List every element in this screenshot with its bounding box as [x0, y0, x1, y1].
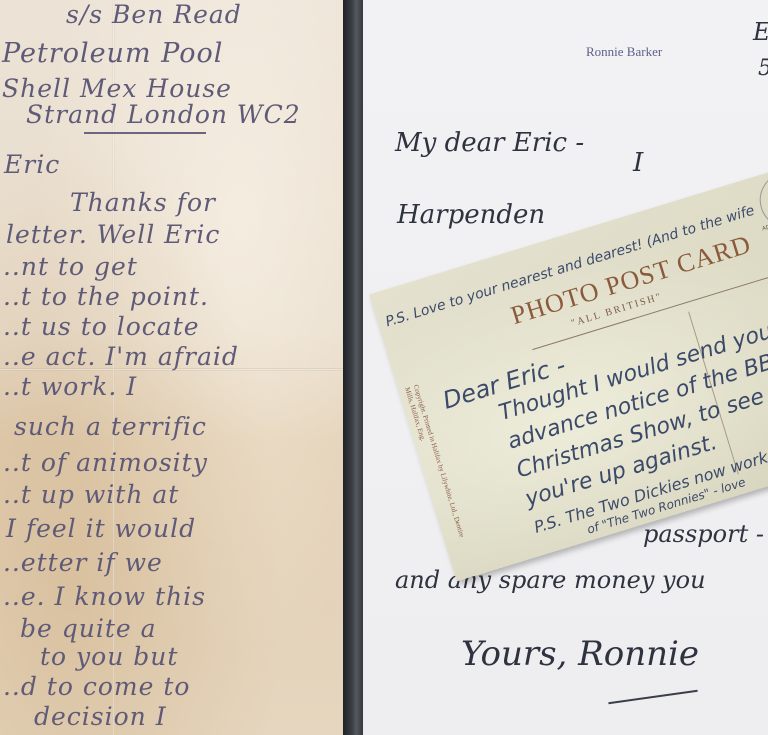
address-label: ADDRESS [761, 218, 768, 232]
old-letter-line: Shell Mex House [2, 74, 232, 103]
old-letter-line: ...t of animosity [0, 448, 208, 477]
old-letter-line: Thanks for [70, 188, 216, 217]
old-letter-line: s/s Ben Read [66, 0, 242, 29]
old-letter-line: Strand London WC2 [26, 100, 301, 129]
salutation: My dear Eric - [395, 128, 584, 158]
old-letter-line: such a terrific [14, 412, 207, 441]
letter-line: passport - [643, 520, 764, 548]
letterhead: Ronnie Barker [586, 44, 662, 60]
old-letter-line: ...d to come to [0, 672, 190, 701]
corner-text: EE [753, 18, 768, 46]
old-letter-line: to you but [40, 642, 178, 671]
old-letter-line: be quite a [20, 614, 157, 643]
old-letter-line: ...nt to get [0, 252, 138, 281]
signature: Yours, Ronnie [461, 634, 699, 674]
old-letter-line: Eric [4, 150, 60, 179]
old-letter-line: ...t up with at [0, 480, 179, 509]
old-letter-line: decision I [34, 702, 167, 731]
old-letter-line: ...t work. I [0, 372, 137, 401]
old-letter-line: ...e. I know this [0, 582, 206, 611]
corner-text: 5 [758, 56, 768, 81]
letter-line: Harpenden [397, 200, 545, 230]
old-letter-line: ...etter if we [0, 548, 163, 577]
old-letter-line: I feel it would [6, 514, 196, 543]
old-letter-line: letter. Well Eric [6, 220, 220, 249]
old-letter-line: ...e act. I'm afraid [0, 342, 239, 371]
old-handwritten-letter: s/s Ben Read Petroleum Pool Shell Mex Ho… [0, 0, 343, 735]
old-letter-line: ...t to the point. [0, 282, 209, 311]
letter-line: I [633, 148, 643, 178]
address-underline [84, 132, 206, 134]
old-letter-line: Petroleum Pool [2, 38, 223, 69]
letter-line: and any spare money you [395, 566, 706, 594]
signature-underline [608, 690, 697, 705]
photo-scene: s/s Ben Read Petroleum Pool Shell Mex Ho… [0, 0, 768, 735]
old-letter-line: ...t us to locate [0, 312, 200, 341]
binder-spine [343, 0, 365, 735]
